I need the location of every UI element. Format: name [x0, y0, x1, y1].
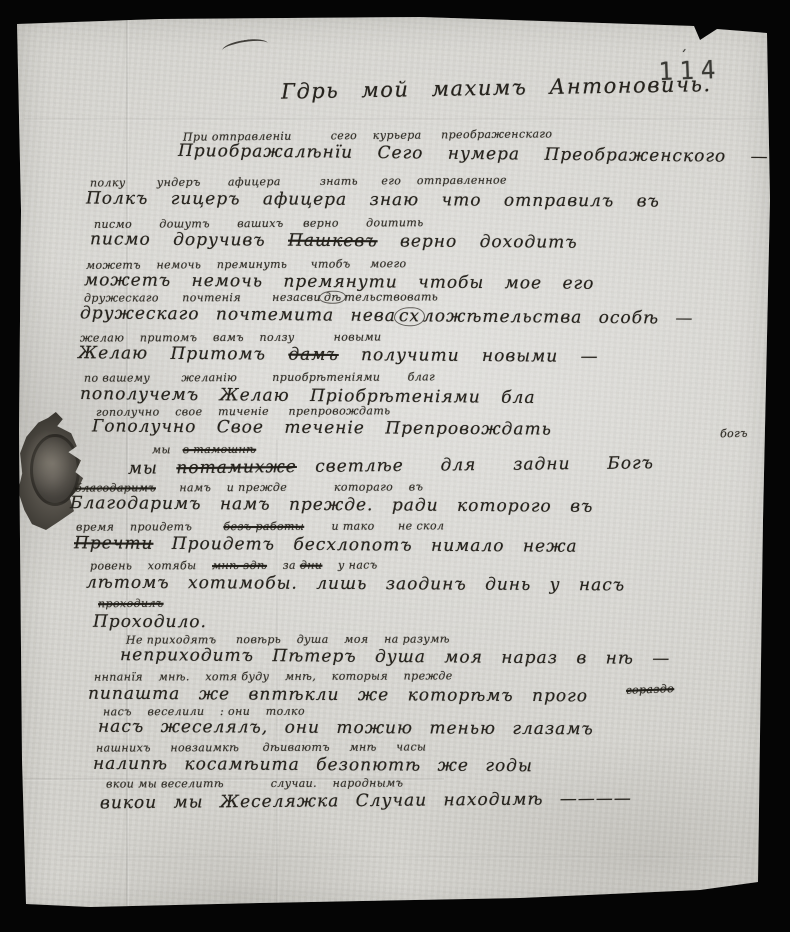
handwriting-text: ровень хотябы [90, 559, 212, 572]
manuscript-line: дружескаго почтенія незасвидѣтельствоват… [84, 290, 438, 304]
handwriting-text: Благодаримъ намъ прежде. ради которого в… [70, 493, 593, 517]
handwriting-text: верно доходитъ [378, 231, 578, 252]
manuscript-line: мы потамихже светлѣе для задни Богъ [128, 455, 654, 478]
handwriting-text: мы [128, 458, 177, 479]
handwriting-text: дружескаго почтемита нева [80, 303, 396, 326]
manuscript-line: Желаю Притомъ дамъ получити новыми — [78, 345, 599, 366]
handwriting-text: богъ [720, 427, 748, 440]
photo-background: 114 ´ Гдрь мой махимъ Антоновичь. При от… [0, 0, 790, 932]
handwriting-text: писмо доручивъ [90, 229, 288, 250]
handwriting-text: насъ жеселялъ, они тожию тенью глазамъ [98, 717, 594, 740]
manuscript-line: мы в тамошнѣ [152, 444, 256, 456]
manuscript-line: Полкъ гицеръ афицера знаю что отправилъ … [86, 190, 660, 210]
manuscript-line: богъ [720, 428, 748, 439]
circled-text: дѣ [319, 291, 347, 304]
handwriting-text: налипѣ косамѣита безопютѣ же годы [93, 754, 533, 776]
struck-text: дни [300, 559, 323, 572]
manuscript-line: налипѣ косамѣита безопютѣ же годы [93, 756, 533, 775]
handwriting-text: желаю притомъ вамъ ползу новыми [80, 330, 381, 344]
manuscript-line: Приображалѣнїи Сего нумера Преображенско… [178, 143, 769, 166]
handwriting-text: Проходило. [93, 612, 207, 632]
struck-text: безъ работы [223, 520, 304, 533]
manuscript-line: писмо дошутъ вашихъ верно доитить [94, 217, 424, 230]
handwriting-text: нашнихъ новзаимкѣ дѣиваютъ мнѣ часы [96, 740, 426, 754]
manuscript-line: насъ веселили : они толко [103, 706, 305, 718]
handwriting-text: Полкъ гицеръ афицера знаю что отправилъ … [86, 188, 660, 211]
struck-text: мнѣ здѣ [212, 559, 267, 572]
titlo-mark [221, 36, 269, 57]
manuscript-line: нашнихъ новзаимкѣ дѣиваютъ мнѣ часы [96, 741, 426, 753]
handwriting-text: светлѣе для задни Богъ [297, 453, 654, 477]
manuscript-line: Благодаримъ намъ прежде. ради которого в… [70, 495, 593, 516]
handwriting-text: полку ундеръ афицера знать его отправлен… [90, 174, 507, 190]
manuscript-line: Не приходятъ повѣрь душа моя на разумѣ [126, 633, 450, 645]
manuscript-line: вкои мы веселитѣ случаи. народнымъ [106, 777, 403, 789]
handwriting-text: ложѣтельства особѣ — [423, 306, 694, 328]
struck-text: потамихже [176, 457, 297, 478]
handwriting-text: намъ и прежде котораго въ [156, 480, 423, 494]
manuscript-page: 114 ´ Гдрь мой махимъ Антоновичь. При от… [0, 0, 790, 932]
manuscript-line: лѣтомъ хотимобы. лишь заодинъ динь у нас… [86, 575, 625, 595]
manuscript-line: писмо доручивъ Пашкевъ верно доходитъ [90, 231, 578, 251]
manuscript-line: пипашта же вптѣкли же которѣмъ прого [88, 686, 588, 706]
handwriting-text: тельствовать [344, 290, 438, 303]
manuscript-line: При отправленіи сего курьера преображенс… [183, 128, 552, 142]
handwriting-text: викои мы Жеселяжка Случаи находимѣ ———— [100, 789, 632, 814]
fold-crease-horizontal [60, 856, 740, 859]
manuscript-line: полку ундеръ афицера знать его отправлен… [90, 175, 507, 189]
handwriting-text: получити новыми — [339, 345, 599, 367]
handwriting-text: ннпанїя мнѣ. хотя буду мнѣ, которыя преж… [94, 669, 453, 683]
struck-text: в тамошнѣ [183, 443, 257, 456]
handwriting-text: лѣтомъ хотимобы. лишь заодинъ динь у нас… [86, 573, 625, 596]
handwriting-text: Желаю Притомъ [78, 343, 288, 364]
salutation-line: Гдрь мой махимъ Антоновичь. [147, 53, 712, 126]
manuscript-line: время проидетъ безъ работы и тако не ско… [76, 520, 444, 532]
manuscript-line: желаю притомъ вамъ ползу новыми [80, 331, 381, 343]
struck-text: проходилъ [98, 597, 164, 610]
handwriting-text: вкои мы веселитѣ случаи. народнымъ [106, 776, 403, 790]
manuscript-line: ннпанїя мнѣ. хотя буду мнѣ, которыя преж… [94, 670, 453, 682]
handwriting-text: неприходитъ Пѣтеръ душа моя нараз в нѣ — [120, 645, 670, 669]
handwriting-text: дружескаго почтенія незасви [84, 291, 321, 305]
manuscript-line: проходилъ [98, 598, 164, 609]
manuscript-line: благодаримъ намъ и прежде котораго въ [75, 481, 423, 493]
handwriting-text: время проидетъ [76, 520, 223, 534]
manuscript-line: можетъ немочь преминуть чтобъ моего [86, 258, 407, 271]
manuscript-line: Проходило. [93, 614, 207, 631]
manuscript-line: викои мы Жеселяжка Случаи находимѣ ———— [100, 791, 632, 813]
manuscript-line: дружескаго почтемита невасхложѣтельства … [80, 304, 694, 328]
manuscript-line: ровень хотябы мнѣ здѣ за дни у насъ [90, 559, 378, 571]
manuscript-line: гораздо [626, 683, 675, 696]
handwriting-text: и тако не скол [304, 519, 444, 532]
handwriting-text: Проидетъ бесхлопотъ нимало нежа [153, 534, 577, 557]
handwriting-text: Не приходятъ повѣрь душа моя на разумѣ [126, 632, 450, 646]
manuscript-line: по вашему желанію приобрѣтеніями благ [84, 371, 435, 383]
manuscript-line: насъ жеселялъ, они тожию тенью глазамъ [98, 719, 594, 739]
struck-text: Пашкевъ [288, 231, 378, 252]
handwriting-text: за [267, 559, 300, 572]
struck-text: Пречти [74, 533, 154, 554]
handwriting-text: Гополучно Свое теченіе Препровождать [92, 416, 552, 439]
circled-text: сх [394, 307, 425, 326]
handwriting-text: мы [152, 443, 183, 456]
struck-text: гораздо [626, 682, 675, 697]
salutation-text: Гдрь мой махимъ Антоновичь. [281, 72, 712, 104]
manuscript-line: Пречти Проидетъ бесхлопотъ нимало нежа [74, 535, 578, 556]
handwriting-text: писмо дошутъ вашихъ верно доитить [94, 216, 424, 231]
manuscript-line: Гополучно Свое теченіе Препровождать [92, 418, 552, 438]
handwriting-text: по вашему желанію приобрѣтеніями благ [84, 370, 435, 384]
handwriting-text: Приображалѣнїи Сего нумера Преображенско… [178, 141, 769, 167]
manuscript-line: можетъ немочь премянути чтобы мое его [84, 272, 595, 293]
manuscript-line: неприходитъ Пѣтеръ душа моя нараз в нѣ — [120, 647, 670, 668]
struck-text: дамъ [288, 345, 338, 365]
handwriting-text: у насъ [322, 558, 377, 571]
handwriting-text: пипашта же вптѣкли же которѣмъ прого [88, 684, 588, 707]
